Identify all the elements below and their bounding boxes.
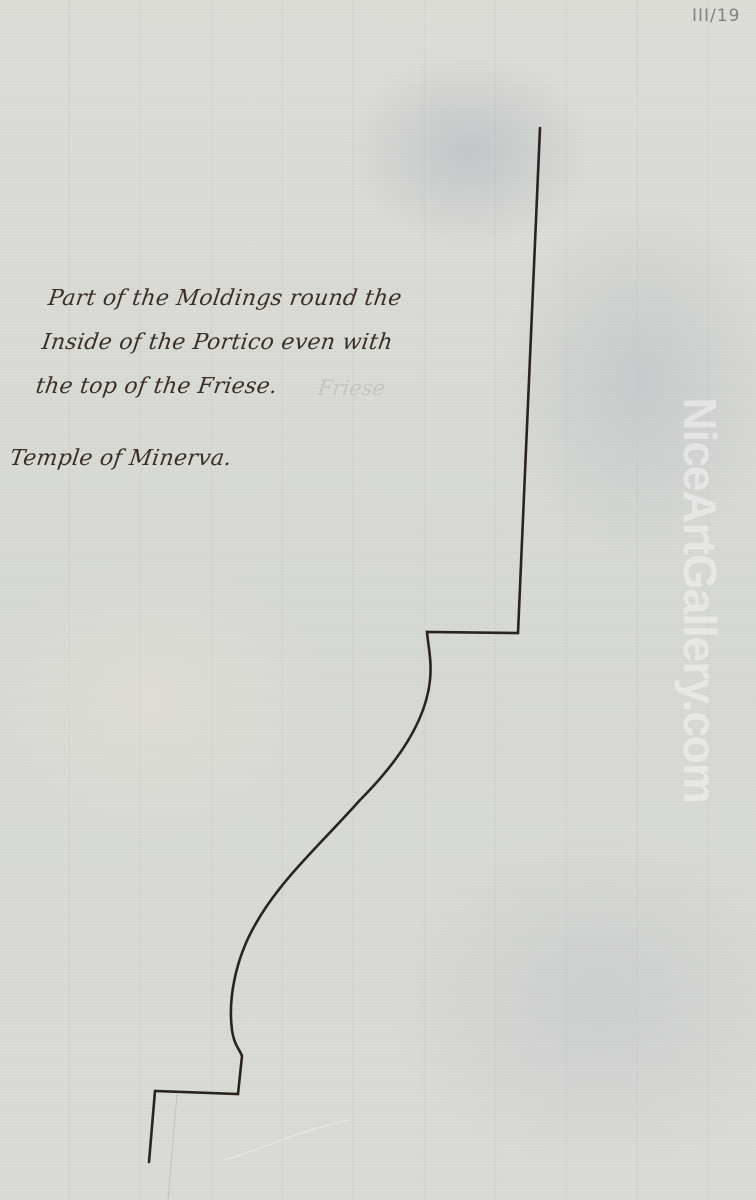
- molding-profile-line: [149, 128, 540, 1162]
- manuscript-sheet: III/19 Part of the Moldings round the In…: [0, 0, 756, 1200]
- paper-crease: [225, 1120, 350, 1160]
- molding-profile-drawing: [0, 0, 756, 1200]
- pencil-guide-line: [168, 1094, 177, 1200]
- watermark: NiceArtGallery.com: [673, 397, 727, 803]
